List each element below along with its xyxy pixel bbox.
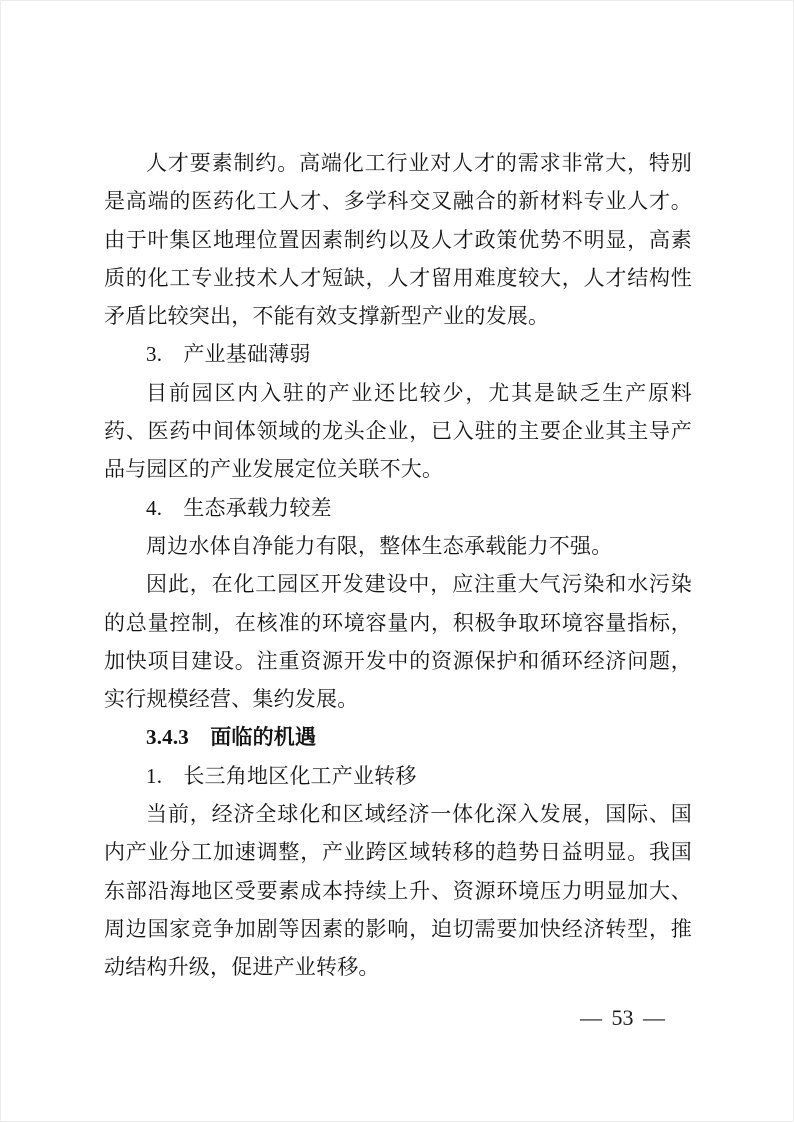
- item-heading-poor-ecological-capacity: 4. 生态承载力较差: [104, 489, 692, 527]
- page-number: — 53 —: [580, 1005, 665, 1030]
- paragraph-pollution-control-conclusion: 因此，在化工园区开发建设中，应注重大气污染和水污染的总量控制，在核准的环境容量内…: [104, 565, 692, 718]
- item-heading-yangtze-delta-transfer: 1. 长三角地区化工产业转移: [104, 757, 692, 795]
- page-content: 人才要素制约。高端化工行业对人才的需求非常大，特别是高端的医药化工人才、多学科交…: [104, 144, 692, 987]
- paragraph-industry-transfer: 当前，经济全球化和区域经济一体化深入发展，国际、国内产业分工加速调整，产业跨区域…: [104, 795, 692, 986]
- paragraph-poor-ecological-capacity: 周边水体自净能力有限，整体生态承载能力不强。: [104, 527, 692, 565]
- document-page: 人才要素制约。高端化工行业对人才的需求非常大，特别是高端的医药化工人才、多学科交…: [0, 0, 794, 1122]
- paragraph-talent-constraint: 人才要素制约。高端化工行业对人才的需求非常大，特别是高端的医药化工人才、多学科交…: [104, 144, 692, 335]
- item-heading-weak-industry-base: 3. 产业基础薄弱: [104, 335, 692, 373]
- paragraph-weak-industry-base: 目前园区内入驻的产业还比较少，尤其是缺乏生产原料药、医药中间体领域的龙头企业，已…: [104, 374, 692, 489]
- page-footer: — 53 —: [1, 1005, 793, 1031]
- section-heading-opportunities: 3.4.3 面临的机遇: [104, 718, 692, 756]
